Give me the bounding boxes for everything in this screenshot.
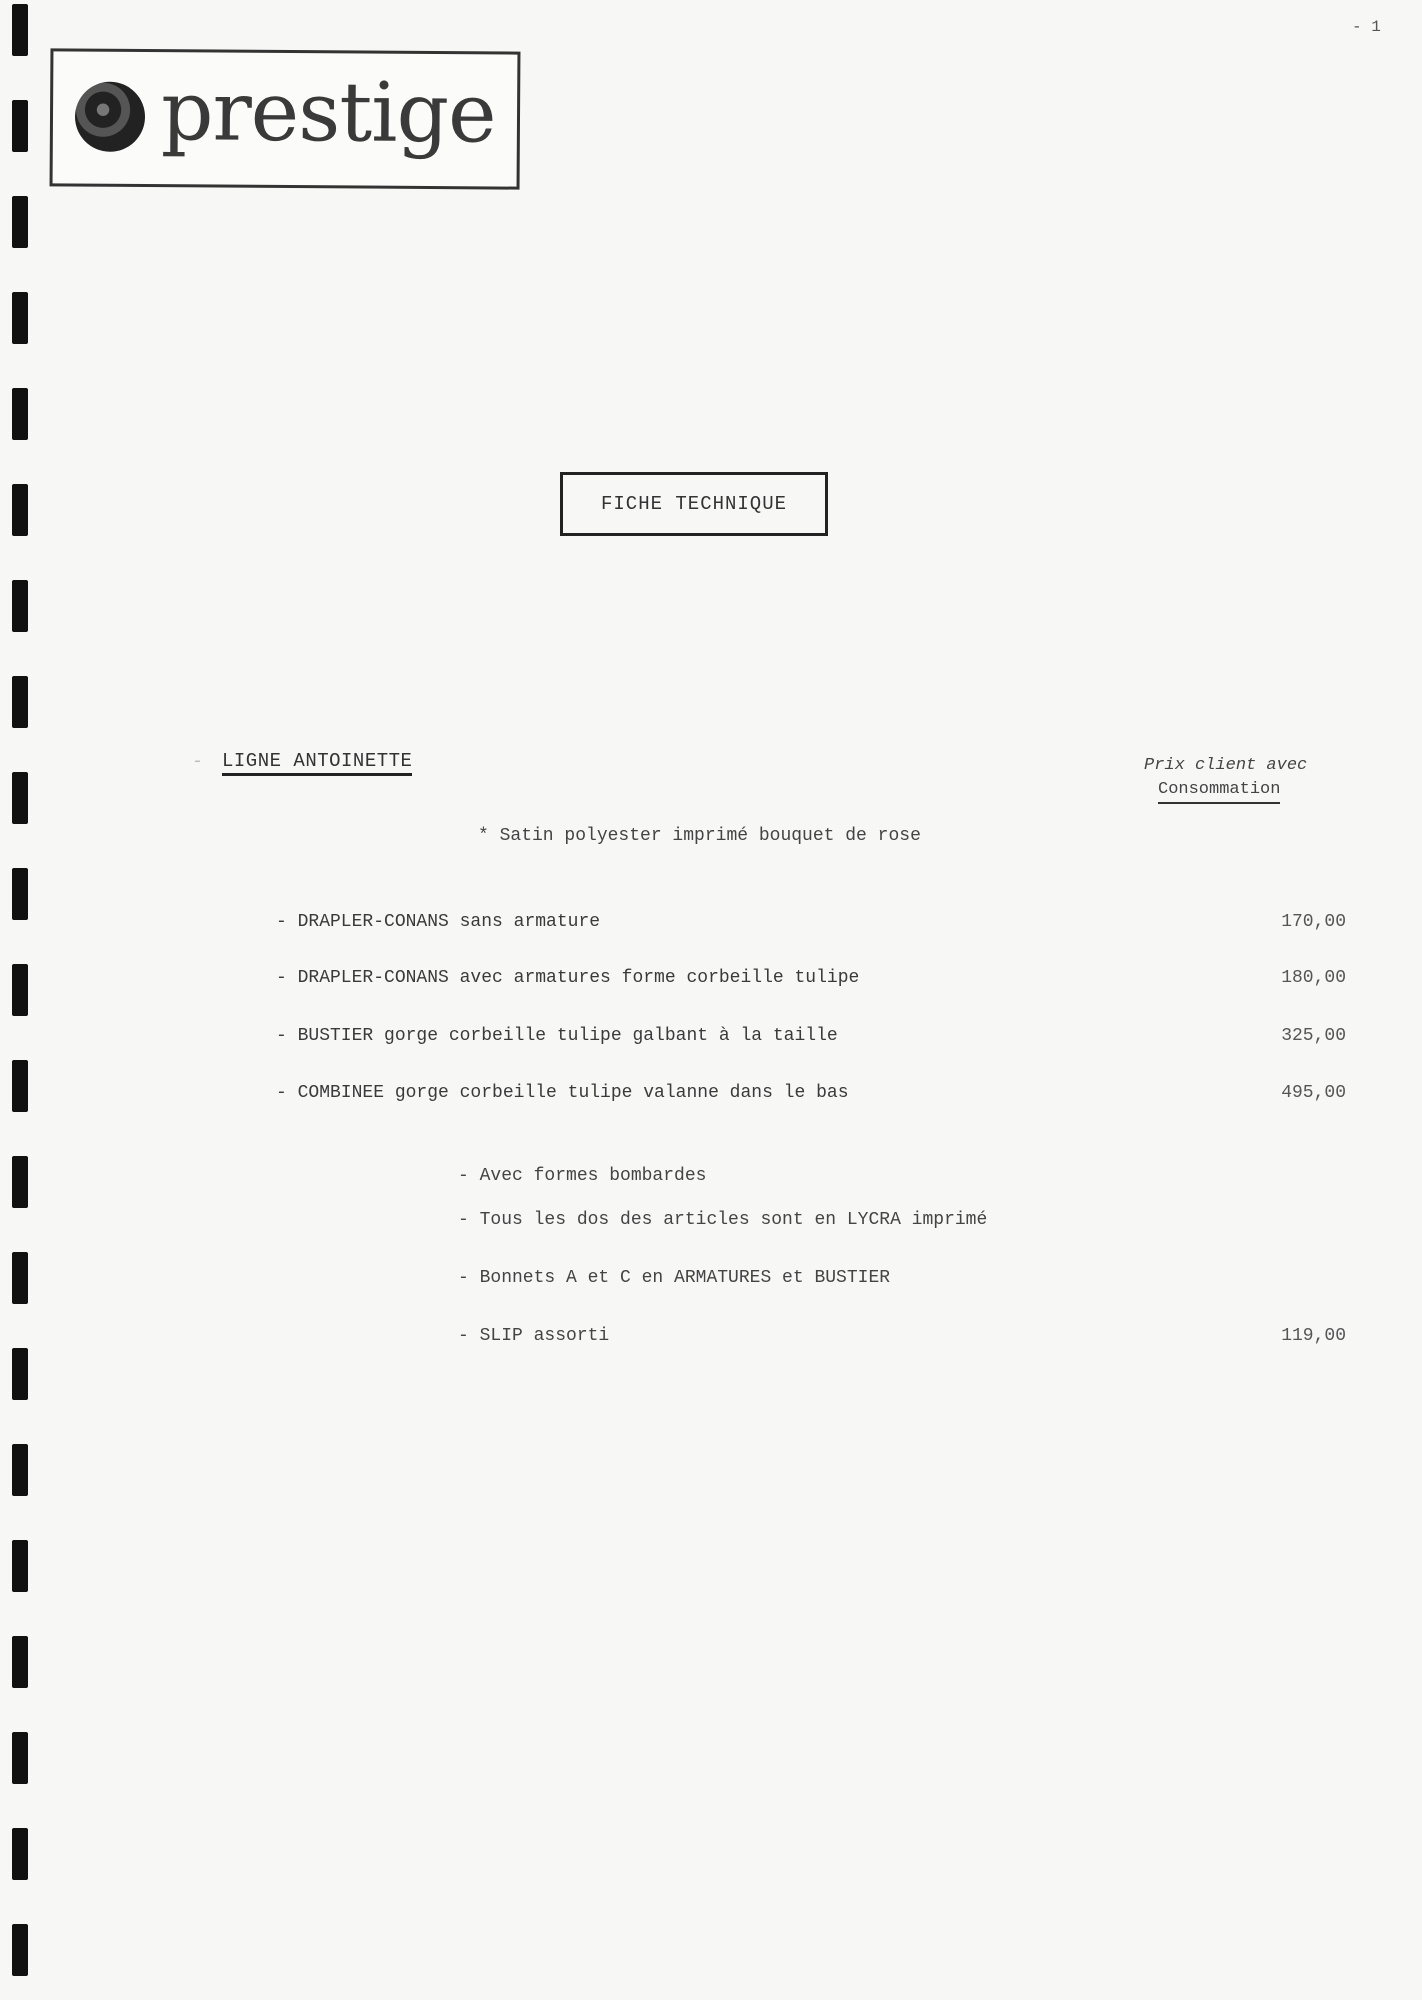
binding-hole: [12, 868, 28, 920]
binding-hole: [12, 1540, 28, 1592]
price-column-header: Prix client avec Consommation: [1144, 754, 1307, 804]
binding-hole: [12, 1348, 28, 1400]
binding-hole: [12, 196, 28, 248]
binding-hole: [12, 1444, 28, 1496]
binding-hole: [12, 580, 28, 632]
binding-hole: [12, 484, 28, 536]
binding-hole: [12, 676, 28, 728]
list-item: - DRAPLER-CONANS avec armatures forme co…: [276, 968, 859, 988]
binding-hole: [12, 1060, 28, 1112]
binding-hole: [12, 292, 28, 344]
list-item: - COMBINEE gorge corbeille tulipe valann…: [276, 1083, 849, 1103]
binding-hole: [12, 1636, 28, 1688]
binding-hole: [12, 1828, 28, 1880]
brand-logo: prestige: [50, 48, 521, 189]
page-number: - 1: [1352, 18, 1381, 36]
list-item: - DRAPLER-CONANS sans armature: [276, 912, 600, 932]
binding-hole: [12, 772, 28, 824]
binding-hole: [12, 1252, 28, 1304]
item-price: 170,00: [1250, 912, 1346, 932]
price-header-line2: Consommation: [1158, 778, 1280, 804]
flower-ball-icon: [75, 82, 145, 152]
binding-hole: [12, 4, 28, 56]
binding-hole: [12, 100, 28, 152]
section-dash: -: [192, 752, 203, 772]
binding-hole: [12, 1156, 28, 1208]
document-title: FICHE TECHNIQUE: [560, 472, 828, 536]
note-item: - Bonnets A et C en ARMATURES et BUSTIER: [458, 1268, 890, 1288]
item-price: 180,00: [1250, 968, 1346, 988]
binding-hole: [12, 1924, 28, 1976]
note-item: - SLIP assorti: [458, 1326, 609, 1346]
material-description: * Satin polyester imprimé bouquet de ros…: [478, 826, 921, 846]
price-header-line1: Prix client avec: [1144, 754, 1307, 778]
note-item: - Tous les dos des articles sont en LYCR…: [458, 1210, 987, 1230]
spiral-binding: [12, 0, 28, 2000]
list-item: - BUSTIER gorge corbeille tulipe galbant…: [276, 1026, 838, 1046]
item-price: 325,00: [1250, 1026, 1346, 1046]
binding-hole: [12, 964, 28, 1016]
item-price: 495,00: [1250, 1083, 1346, 1103]
binding-hole: [12, 1732, 28, 1784]
brand-name: prestige: [161, 64, 496, 161]
item-price: 119,00: [1250, 1326, 1346, 1346]
section-title: LIGNE ANTOINETTE: [222, 750, 412, 776]
binding-hole: [12, 388, 28, 440]
note-item: - Avec formes bombardes: [458, 1166, 706, 1186]
